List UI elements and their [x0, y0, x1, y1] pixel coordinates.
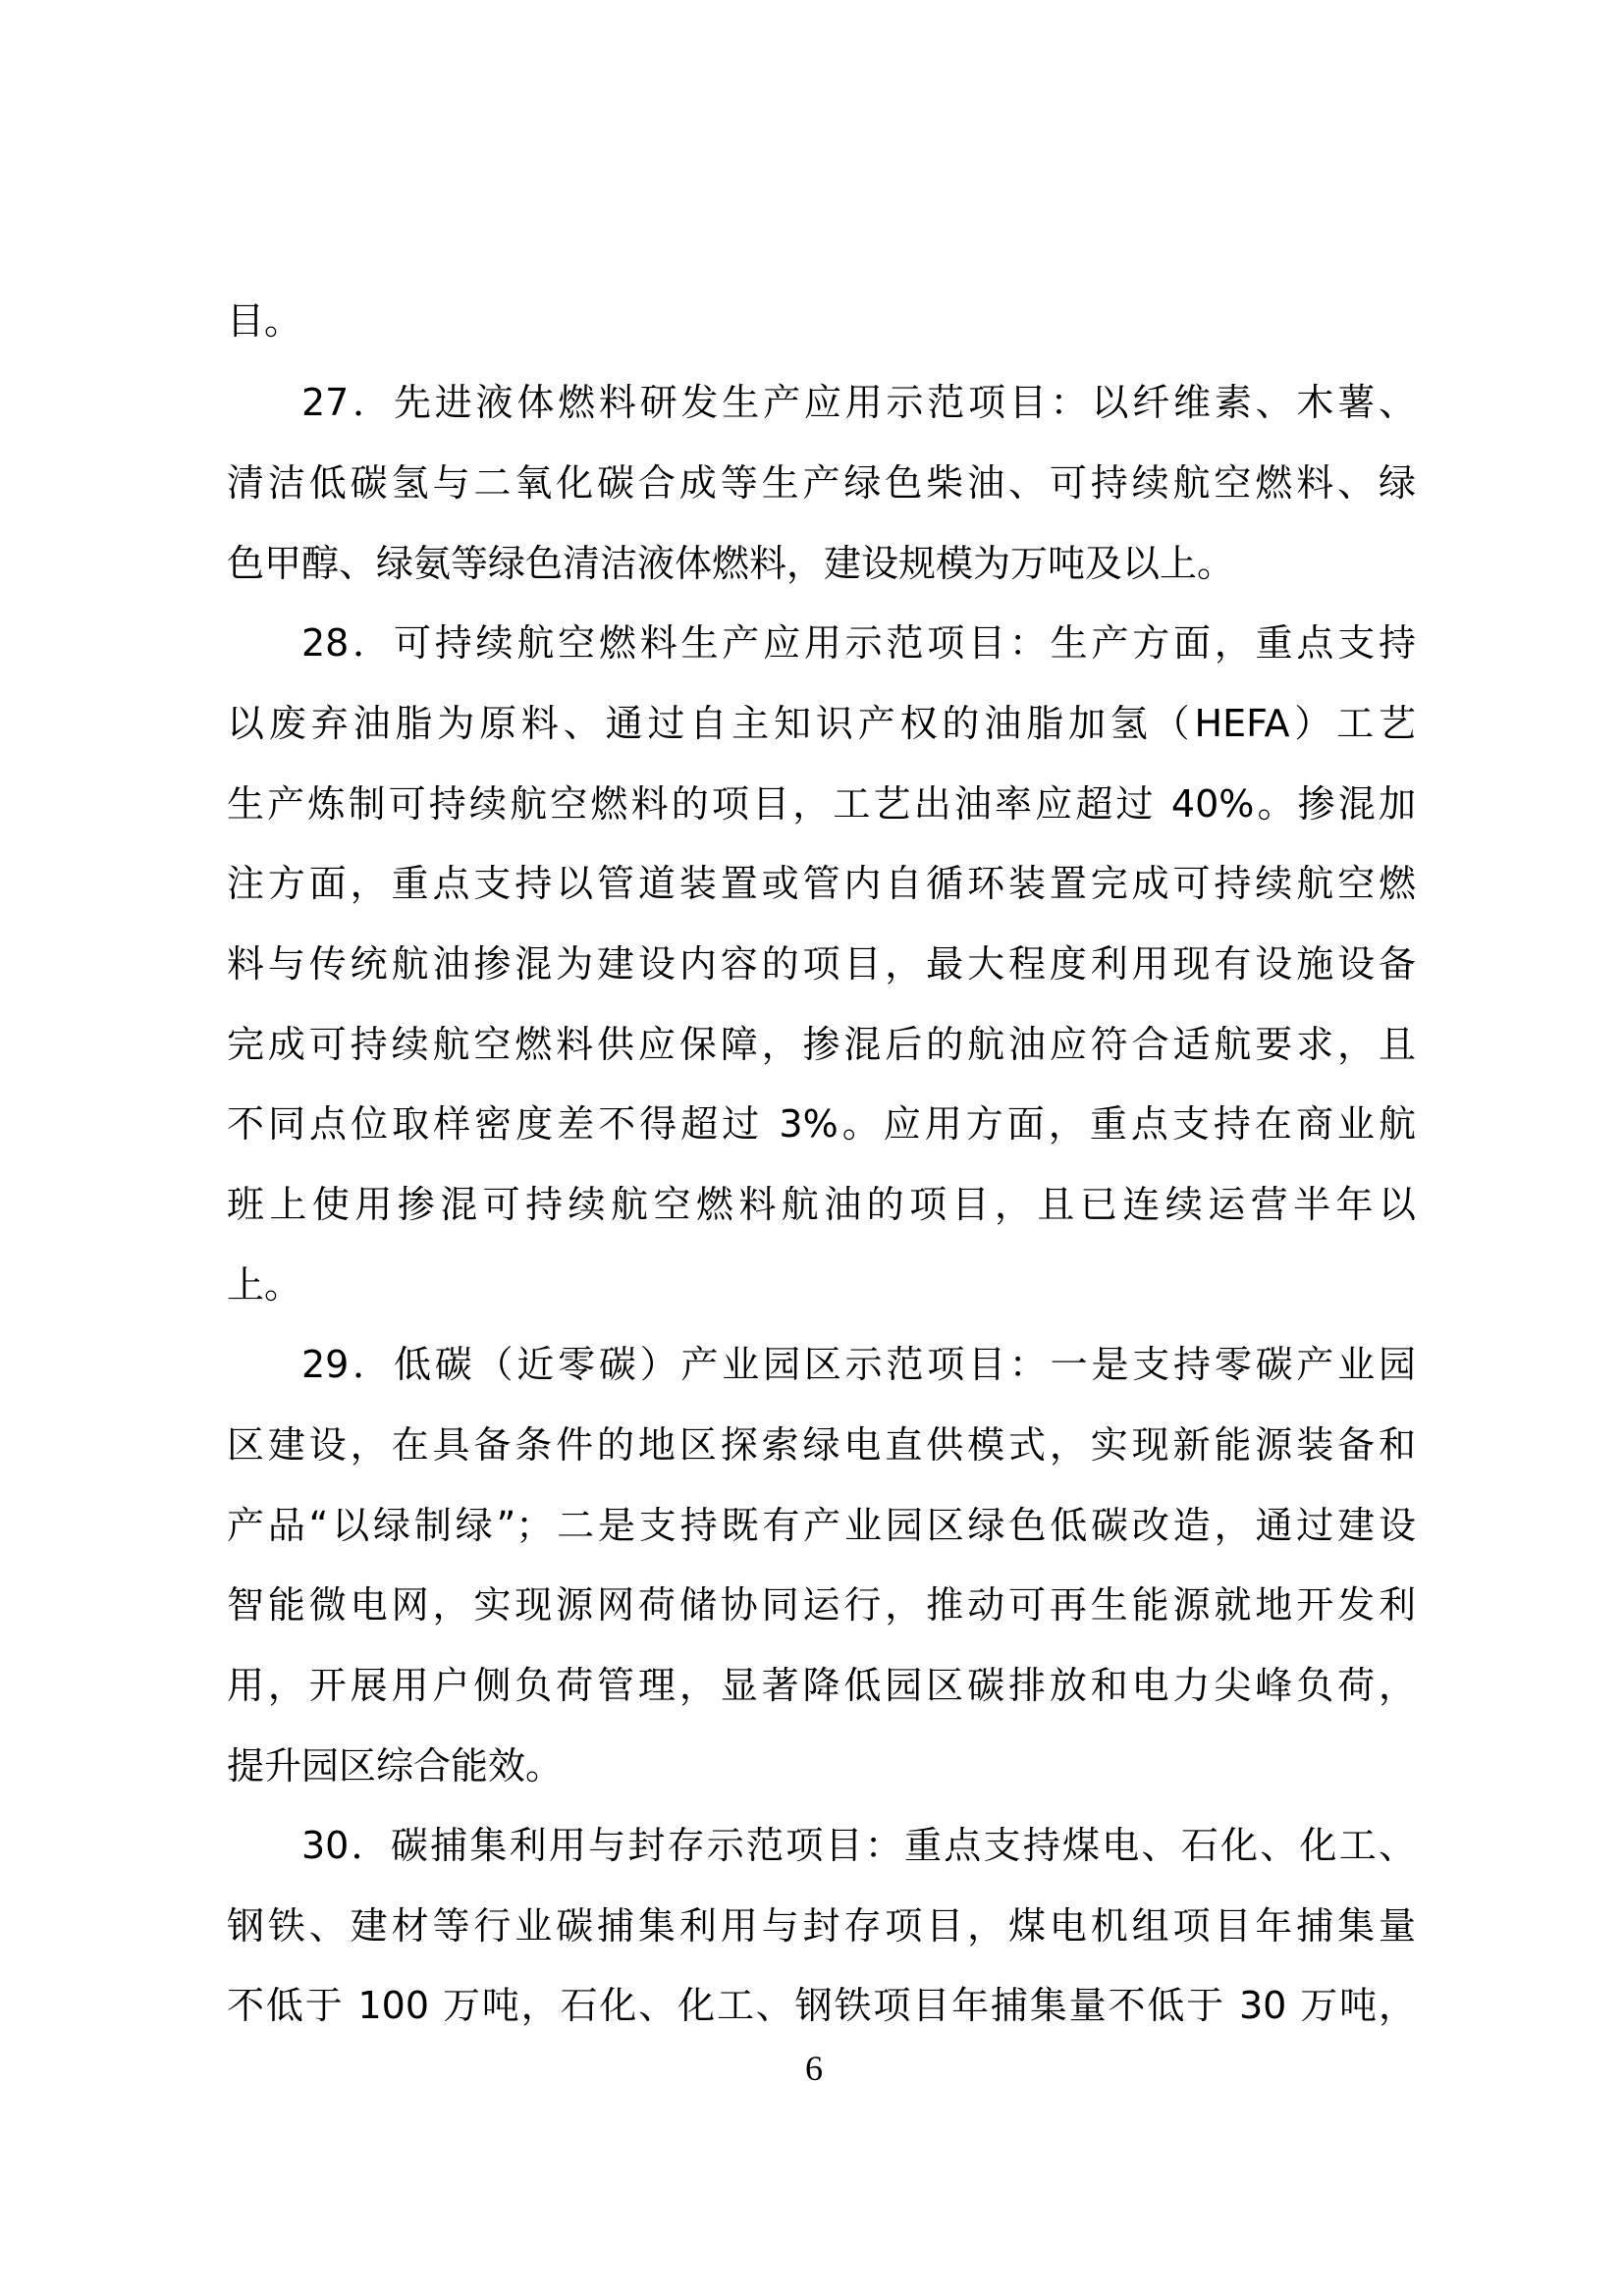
item-30-heading-line: 30．碳捕集利用与封存示范项目：重点支持煤电、石化、化工、: [301, 1816, 1416, 1875]
text-line: 上。: [227, 1255, 1416, 1314]
item-27-heading-line: 27．先进液体燃料研发生产应用示范项目：以纤维素、木薯、: [301, 373, 1416, 432]
text-line: 智能微电网，实现源网荷储协同运行，推动可再生能源就地开发利: [227, 1575, 1416, 1634]
text-line: 料与传统航油掺混为建设内容的项目，最大程度利用现有设施设备: [227, 934, 1416, 993]
text-line: 区建设，在具备条件的地区探索绿电直供模式，实现新能源装备和: [227, 1415, 1416, 1474]
text-line: 注方面，重点支持以管道装置或管内自循环装置完成可持续航空燃: [227, 854, 1416, 913]
item-28-heading-line: 28．可持续航空燃料生产应用示范项目：生产方面，重点支持: [301, 614, 1416, 672]
text-line: 用，开展用户侧负荷管理，显著降低园区碳排放和电力尖峰负荷，: [227, 1656, 1416, 1715]
text-line: 清洁低碳氢与二氧化碳合成等生产绿色柴油、可持续航空燃料、绿: [227, 454, 1416, 512]
text-line: 提升园区综合能效。: [227, 1736, 1416, 1795]
document-page: 目。 27．先进液体燃料研发生产应用示范项目：以纤维素、木薯、 清洁低碳氢与二氧…: [0, 0, 1624, 2296]
text-line: 不低于 100 万吨，石化、化工、钢铁项目年捕集量不低于 30 万吨，: [227, 1976, 1416, 2035]
text-line: 产品“以绿制绿”；二是支持既有产业园区绿色低碳改造，通过建设: [227, 1496, 1416, 1555]
text-line: 以废弃油脂为原料、通过自主知识产权的油脂加氢（HEFA）工艺: [227, 694, 1416, 753]
text-line: 钢铁、建材等行业碳捕集利用与封存项目，煤电机组项目年捕集量: [227, 1896, 1416, 1955]
text-line: 不同点位取样密度差不得超过 3%。应用方面，重点支持在商业航: [227, 1095, 1416, 1153]
text-line: 色甲醇、绿氨等绿色清洁液体燃料，建设规模为万吨及以上。: [227, 534, 1416, 593]
text-line: 生产炼制可持续航空燃料的项目，工艺出油率应超过 40%。掺混加: [227, 774, 1416, 833]
text-line: 完成可持续航空燃料供应保障，掺混后的航油应符合适航要求，且: [227, 1015, 1416, 1074]
text-line: 班上使用掺混可持续航空燃料航油的项目，且已连续运营半年以: [227, 1175, 1416, 1234]
text-line: 目。: [227, 292, 1416, 350]
item-29-heading-line: 29．低碳（近零碳）产业园区示范项目：一是支持零碳产业园: [301, 1335, 1416, 1394]
page-number: 6: [0, 2044, 1624, 2093]
